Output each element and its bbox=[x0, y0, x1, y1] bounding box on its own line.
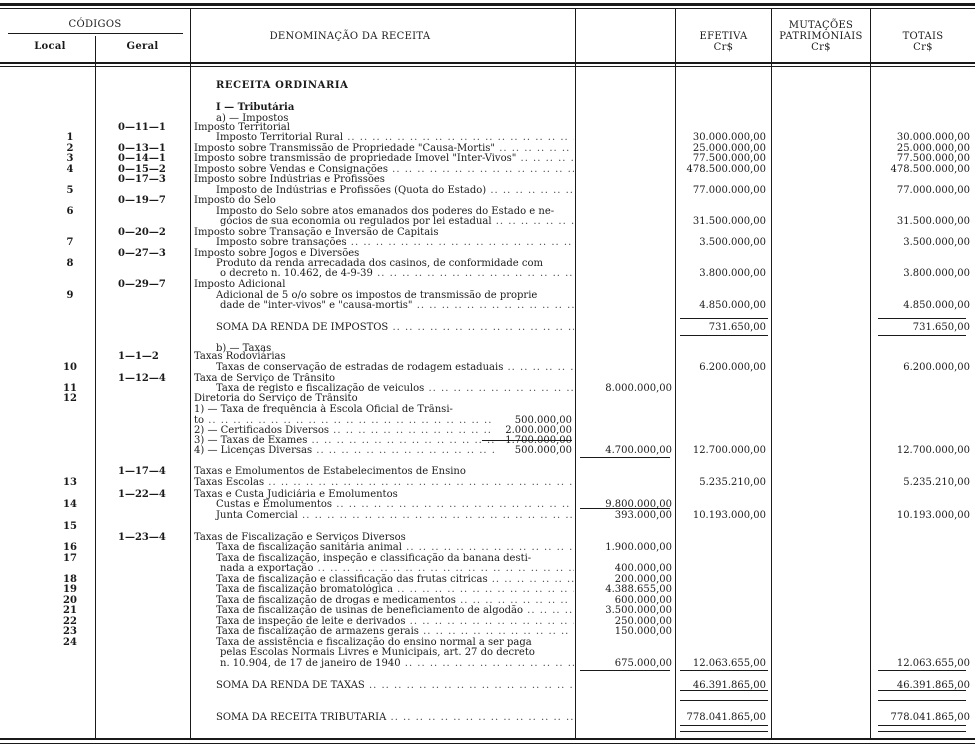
description-text: Taxa de fiscalização de usinas de benefi… bbox=[216, 605, 523, 616]
revenue-description: SOMA DA RECEITA TRIBUTÁRIA .. .. .. .. .… bbox=[194, 712, 574, 723]
revenue-description: Taxa de fiscalização bromatológica .. ..… bbox=[194, 584, 574, 595]
leader-dots: .. .. .. .. .. .. .. .. .. .. .. .. .. .… bbox=[402, 542, 574, 553]
efetiva-amount: 30.000.000,00 bbox=[676, 132, 766, 143]
header-efetiva-currency: Cr$ bbox=[676, 42, 771, 53]
header-mutacoes-line1: MUTAÇÕES bbox=[772, 20, 870, 31]
local-code: 6 bbox=[40, 206, 100, 217]
subtotal-amount: 150.000,00 bbox=[578, 626, 672, 637]
revenue-description: I — Tributária bbox=[194, 102, 574, 113]
local-code: 9 bbox=[40, 290, 100, 301]
description-text: nada a exportação bbox=[220, 563, 313, 574]
efetiva-amount: 731.650,00 bbox=[676, 322, 766, 333]
subtotal-amount: 8.000.000,00 bbox=[578, 383, 672, 394]
sum-rule bbox=[878, 700, 966, 701]
local-code: 5 bbox=[40, 185, 100, 196]
efetiva-amount: 77.000.000,00 bbox=[676, 185, 766, 196]
local-code: 19 bbox=[40, 584, 100, 595]
revenue-description: Taxa de fiscalização de usinas de benefi… bbox=[194, 605, 574, 616]
header-efetiva: EFETIVA Cr$ bbox=[676, 31, 771, 53]
totais-amount: 30.000.000,00 bbox=[870, 132, 970, 143]
subtotal-amount: 675.000,00 bbox=[578, 658, 672, 669]
revenue-description: Taxas Rodoviárias bbox=[194, 351, 574, 362]
subtotal-amount: 4.700.000,00 bbox=[578, 445, 672, 456]
header-mutacoes: MUTAÇÕES PATRIMONIAIS Cr$ bbox=[772, 20, 870, 53]
description-text: gócios de sua economia ou regulados por … bbox=[220, 216, 492, 227]
description-text: Diretoria do Serviço de Trânsito bbox=[194, 393, 358, 404]
efetiva-amount: 478.500.000,00 bbox=[676, 164, 766, 175]
efetiva-amount: 31.500.000,00 bbox=[676, 216, 766, 227]
totais-amount: 478.500.000,00 bbox=[870, 164, 970, 175]
geral-code: 0—11—1 bbox=[118, 122, 188, 133]
itemized-amount: 500.000,00 bbox=[480, 445, 572, 456]
geral-code: 0—17—3 bbox=[118, 174, 188, 185]
top-rule-thin bbox=[0, 8, 975, 9]
leader-dots: .. .. .. .. .. .. .. .. .. .. .. .. .. .… bbox=[523, 605, 574, 616]
geral-code: 0—20—2 bbox=[118, 227, 188, 238]
col-divider-desc-sub bbox=[575, 9, 576, 738]
revenue-description: SOMA DA RENDA DE TAXAS .. .. .. .. .. ..… bbox=[194, 680, 574, 691]
revenue-description: dade de "inter-vivos" e "causa-mortis" .… bbox=[194, 300, 574, 311]
geral-code: 0—27—3 bbox=[118, 248, 188, 259]
description-text: Imposto Territorial Rural bbox=[216, 132, 343, 143]
description-text: Taxas e Emolumentos de Estabelecimentos … bbox=[194, 466, 466, 477]
totais-amount: 31.500.000,00 bbox=[870, 216, 970, 227]
geral-code: 1—23—4 bbox=[118, 532, 188, 543]
geral-code: 0—14—1 bbox=[118, 153, 188, 164]
col-divider-efetiva-mutacoes bbox=[771, 9, 772, 738]
budget-revenue-table: CÓDIGOS Local Geral DENOMINAÇÃO DA RECEI… bbox=[0, 0, 975, 752]
totais-amount: 3.500.000,00 bbox=[870, 237, 970, 248]
subtotal-amount: 393.000,00 bbox=[578, 510, 672, 521]
header-totais: TOTAIS Cr$ bbox=[871, 31, 975, 53]
totais-amount: 12.700.000,00 bbox=[870, 445, 970, 456]
header-totais-label: TOTAIS bbox=[871, 31, 975, 42]
description-text: Imposto sobre Indústrias e Profissões bbox=[194, 174, 385, 185]
description-text: n. 10.904, de 17 de janeiro de 1940 bbox=[220, 658, 401, 669]
sum-rule bbox=[482, 440, 572, 441]
description-text: I — Tributária bbox=[216, 102, 294, 113]
revenue-description: Taxas Escolas .. .. .. .. .. .. .. .. ..… bbox=[194, 477, 574, 488]
description-text: Taxas Rodoviárias bbox=[194, 351, 286, 362]
leader-dots: .. .. .. .. .. .. .. .. .. .. .. .. .. .… bbox=[419, 626, 574, 637]
revenue-description: Imposto Territorial Rural .. .. .. .. ..… bbox=[194, 132, 574, 143]
efetiva-amount: 12.063.655,00 bbox=[676, 658, 766, 669]
revenue-description: 4) — Licenças Diversas .. .. .. .. .. ..… bbox=[194, 445, 494, 456]
revenue-description: SOMA DA RENDA DE IMPOSTOS .. .. .. .. ..… bbox=[194, 322, 574, 333]
header-bottom-rule-thin bbox=[0, 66, 975, 67]
local-code: 8 bbox=[40, 258, 100, 269]
description-text: Imposto sobre transações bbox=[216, 237, 347, 248]
efetiva-amount: 77.500.000,00 bbox=[676, 153, 766, 164]
revenue-description: Imposto sobre transmissão de propriedade… bbox=[194, 153, 574, 164]
leader-dots: .. .. .. .. .. .. .. .. .. .. .. .. .. .… bbox=[373, 268, 574, 279]
revenue-description: gócios de sua economia ou regulados por … bbox=[194, 216, 574, 227]
totais-amount: 6.200.000,00 bbox=[870, 362, 970, 373]
sum-rule bbox=[878, 670, 966, 671]
header-mutacoes-line2: PATRIMONIAIS bbox=[772, 31, 870, 42]
totais-amount: 77.500.000,00 bbox=[870, 153, 970, 164]
leader-dots: .. .. .. .. .. .. .. .. .. .. .. .. .. .… bbox=[503, 362, 574, 373]
revenue-description: Imposto sobre Indústrias e Profissões bbox=[194, 174, 574, 185]
revenue-description: Taxas de conservação de estradas de roda… bbox=[194, 362, 574, 373]
sum-rule bbox=[878, 318, 966, 319]
description-text: Taxa de fiscalização de armazens gerais bbox=[216, 626, 419, 637]
revenue-description: o decreto n. 10.462, de 4-9-39 .. .. .. … bbox=[194, 268, 574, 279]
totais-amount: 778.041.865,00 bbox=[870, 712, 970, 723]
leader-dots: .. .. .. .. .. .. .. .. .. .. .. .. .. .… bbox=[516, 153, 574, 164]
leader-dots: .. .. .. .. .. .. .. .. .. .. .. .. .. .… bbox=[343, 132, 574, 143]
header-efetiva-label: EFETIVA bbox=[676, 31, 771, 42]
sum-rule bbox=[680, 725, 768, 726]
description-text: SOMA DA RENDA DE TAXAS bbox=[216, 680, 365, 691]
description-text: dade de "inter-vivos" e "causa-mortis" bbox=[220, 300, 413, 311]
local-code: 4 bbox=[40, 164, 100, 175]
efetiva-amount: 5.235.210,00 bbox=[676, 477, 766, 488]
sum-rule bbox=[878, 731, 966, 732]
bottom-rule bbox=[0, 738, 975, 740]
sum-rule bbox=[580, 508, 670, 509]
subtotal-amount: 400.000,00 bbox=[578, 563, 672, 574]
col-divider-geral-desc bbox=[190, 9, 191, 738]
totais-amount: 12.063.655,00 bbox=[870, 658, 970, 669]
geral-code: 1—12—4 bbox=[118, 373, 188, 384]
leader-dots: .. .. .. .. .. .. .. .. .. .. .. .. .. .… bbox=[347, 237, 574, 248]
geral-code: 0—19—7 bbox=[118, 195, 188, 206]
leader-dots: .. .. .. .. .. .. .. .. .. .. .. .. .. .… bbox=[298, 510, 574, 521]
revenue-description: Imposto do Selo bbox=[194, 195, 574, 206]
local-code: 10 bbox=[40, 362, 100, 373]
sum-rule bbox=[878, 690, 966, 691]
revenue-description: Imposto sobre transações .. .. .. .. .. … bbox=[194, 237, 574, 248]
description-text: Imposto do Selo bbox=[194, 195, 276, 206]
revenue-description: RECEITA ORDINARIA bbox=[194, 80, 574, 91]
geral-code: 1—17—4 bbox=[118, 466, 188, 477]
description-text: Taxas Escolas bbox=[194, 477, 264, 488]
sum-rule bbox=[580, 670, 670, 671]
subtotal-amount: 3.500.000,00 bbox=[578, 605, 672, 616]
leader-dots: .. .. .. .. .. .. .. .. .. .. .. .. .. .… bbox=[332, 499, 574, 510]
local-code: 3 bbox=[40, 153, 100, 164]
leader-dots: .. .. .. .. .. .. .. .. .. .. .. .. .. .… bbox=[393, 584, 574, 595]
sum-rule bbox=[680, 700, 768, 701]
local-code: 15 bbox=[40, 521, 100, 532]
revenue-description: Imposto Adicional bbox=[194, 279, 574, 290]
efetiva-amount: 3.800.000,00 bbox=[676, 268, 766, 279]
revenue-description: Taxa de fiscalização de armazens gerais … bbox=[194, 626, 574, 637]
sum-rule bbox=[878, 725, 966, 726]
sum-rule bbox=[680, 335, 768, 336]
top-rule bbox=[0, 3, 975, 6]
efetiva-amount: 6.200.000,00 bbox=[676, 362, 766, 373]
local-code: 7 bbox=[40, 237, 100, 248]
description-text: pelas Escolas Normais Livres e Municipai… bbox=[220, 647, 535, 658]
totais-amount: 3.800.000,00 bbox=[870, 268, 970, 279]
header-totais-currency: Cr$ bbox=[871, 42, 975, 53]
subtotal-amount: 1.900.000,00 bbox=[578, 542, 672, 553]
codigos-divider bbox=[8, 33, 183, 34]
local-code: 14 bbox=[40, 499, 100, 510]
col-divider-sub-efetiva bbox=[675, 9, 676, 738]
leader-dots: .. .. .. .. .. .. .. .. .. .. .. .. .. .… bbox=[492, 216, 574, 227]
description-text: SOMA DA RENDA DE IMPOSTOS bbox=[216, 322, 388, 333]
sum-rule bbox=[680, 731, 768, 732]
description-text: SOMA DA RECEITA TRIBUTÁRIA bbox=[216, 712, 386, 723]
description-text: o decreto n. 10.462, de 4-9-39 bbox=[220, 268, 373, 279]
leader-dots: .. .. .. .. .. .. .. .. .. .. .. .. .. .… bbox=[413, 300, 574, 311]
local-code: 12 bbox=[40, 393, 100, 404]
geral-code: 1—1—2 bbox=[118, 351, 188, 362]
description-text: RECEITA ORDINARIA bbox=[216, 80, 349, 91]
description-text: Imposto Adicional bbox=[194, 279, 285, 290]
revenue-description: Custas e Emolumentos .. .. .. .. .. .. .… bbox=[194, 499, 574, 510]
bottom-rule-thin bbox=[0, 743, 975, 744]
description-text: Taxa de fiscalização sanitária animal bbox=[216, 542, 402, 553]
description-text: Taxas de conservação de estradas de roda… bbox=[216, 362, 503, 373]
efetiva-amount: 3.500.000,00 bbox=[676, 237, 766, 248]
efetiva-amount: 10.193.000,00 bbox=[676, 510, 766, 521]
local-code: 21 bbox=[40, 605, 100, 616]
efetiva-amount: 12.700.000,00 bbox=[676, 445, 766, 456]
header-bottom-rule bbox=[0, 62, 975, 64]
description-text: Junta Comercial bbox=[216, 510, 298, 521]
revenue-description: Junta Comercial .. .. .. .. .. .. .. .. … bbox=[194, 510, 574, 521]
sum-rule bbox=[680, 690, 768, 691]
totais-amount: 4.850.000,00 bbox=[870, 300, 970, 311]
header-codigos: CÓDIGOS bbox=[20, 19, 170, 30]
description-text: Imposto sobre transmissão de propriedade… bbox=[194, 153, 516, 164]
totais-amount: 731.650,00 bbox=[870, 322, 970, 333]
leader-dots: .. .. .. .. .. .. .. .. .. .. .. .. .. .… bbox=[312, 445, 494, 456]
local-code: 1 bbox=[40, 132, 100, 143]
leader-dots: .. .. .. .. .. .. .. .. .. .. .. .. .. .… bbox=[401, 658, 574, 669]
description-text: 4) — Licenças Diversas bbox=[194, 445, 312, 456]
revenue-description: nada a exportação .. .. .. .. .. .. .. .… bbox=[194, 563, 574, 574]
revenue-description: Taxas e Emolumentos de Estabelecimentos … bbox=[194, 466, 574, 477]
leader-dots: .. .. .. .. .. .. .. .. .. .. .. .. .. .… bbox=[365, 680, 574, 691]
local-code: 23 bbox=[40, 626, 100, 637]
header-geral: Geral bbox=[100, 41, 185, 52]
leader-dots: .. .. .. .. .. .. .. .. .. .. .. .. .. .… bbox=[386, 712, 574, 723]
local-code: 16 bbox=[40, 542, 100, 553]
revenue-description: Taxa de fiscalização sanitária animal ..… bbox=[194, 542, 574, 553]
col-divider-mutacoes-totais bbox=[870, 9, 871, 738]
header-local: Local bbox=[10, 41, 90, 52]
geral-code: 1—22—4 bbox=[118, 489, 188, 500]
totais-amount: 77.000.000,00 bbox=[870, 185, 970, 196]
local-code: 13 bbox=[40, 477, 100, 488]
leader-dots: .. .. .. .. .. .. .. .. .. .. .. .. .. .… bbox=[388, 322, 574, 333]
description-text: Custas e Emolumentos bbox=[216, 499, 332, 510]
totais-amount: 5.235.210,00 bbox=[870, 477, 970, 488]
local-code: 24 bbox=[40, 637, 100, 648]
geral-code: 0—29—7 bbox=[118, 279, 188, 290]
sum-rule bbox=[580, 457, 670, 458]
revenue-description: 1) — Taxa de frequência à Escola Oficial… bbox=[194, 404, 574, 415]
description-text: Taxa de fiscalização bromatológica bbox=[216, 584, 393, 595]
revenue-description: n. 10.904, de 17 de janeiro de 1940 .. .… bbox=[194, 658, 574, 669]
subtotal-amount: 4.388.655,00 bbox=[578, 584, 672, 595]
efetiva-amount: 4.850.000,00 bbox=[676, 300, 766, 311]
sum-rule bbox=[878, 335, 966, 336]
leader-dots: .. .. .. .. .. .. .. .. .. .. .. .. .. .… bbox=[264, 477, 574, 488]
sum-rule bbox=[680, 670, 768, 671]
description-text: 1) — Taxa de frequência à Escola Oficial… bbox=[194, 404, 453, 415]
revenue-description: pelas Escolas Normais Livres e Municipai… bbox=[194, 647, 574, 658]
leader-dots: .. .. .. .. .. .. .. .. .. .. .. .. .. .… bbox=[313, 563, 574, 574]
header-mutacoes-currency: Cr$ bbox=[772, 42, 870, 53]
header-denominacao: DENOMINAÇÃO DA RECEITA bbox=[200, 31, 500, 42]
sum-rule bbox=[680, 318, 768, 319]
local-code: 17 bbox=[40, 553, 100, 564]
revenue-description: Diretoria do Serviço de Trânsito bbox=[194, 393, 574, 404]
efetiva-amount: 778.041.865,00 bbox=[676, 712, 766, 723]
totais-amount: 10.193.000,00 bbox=[870, 510, 970, 521]
